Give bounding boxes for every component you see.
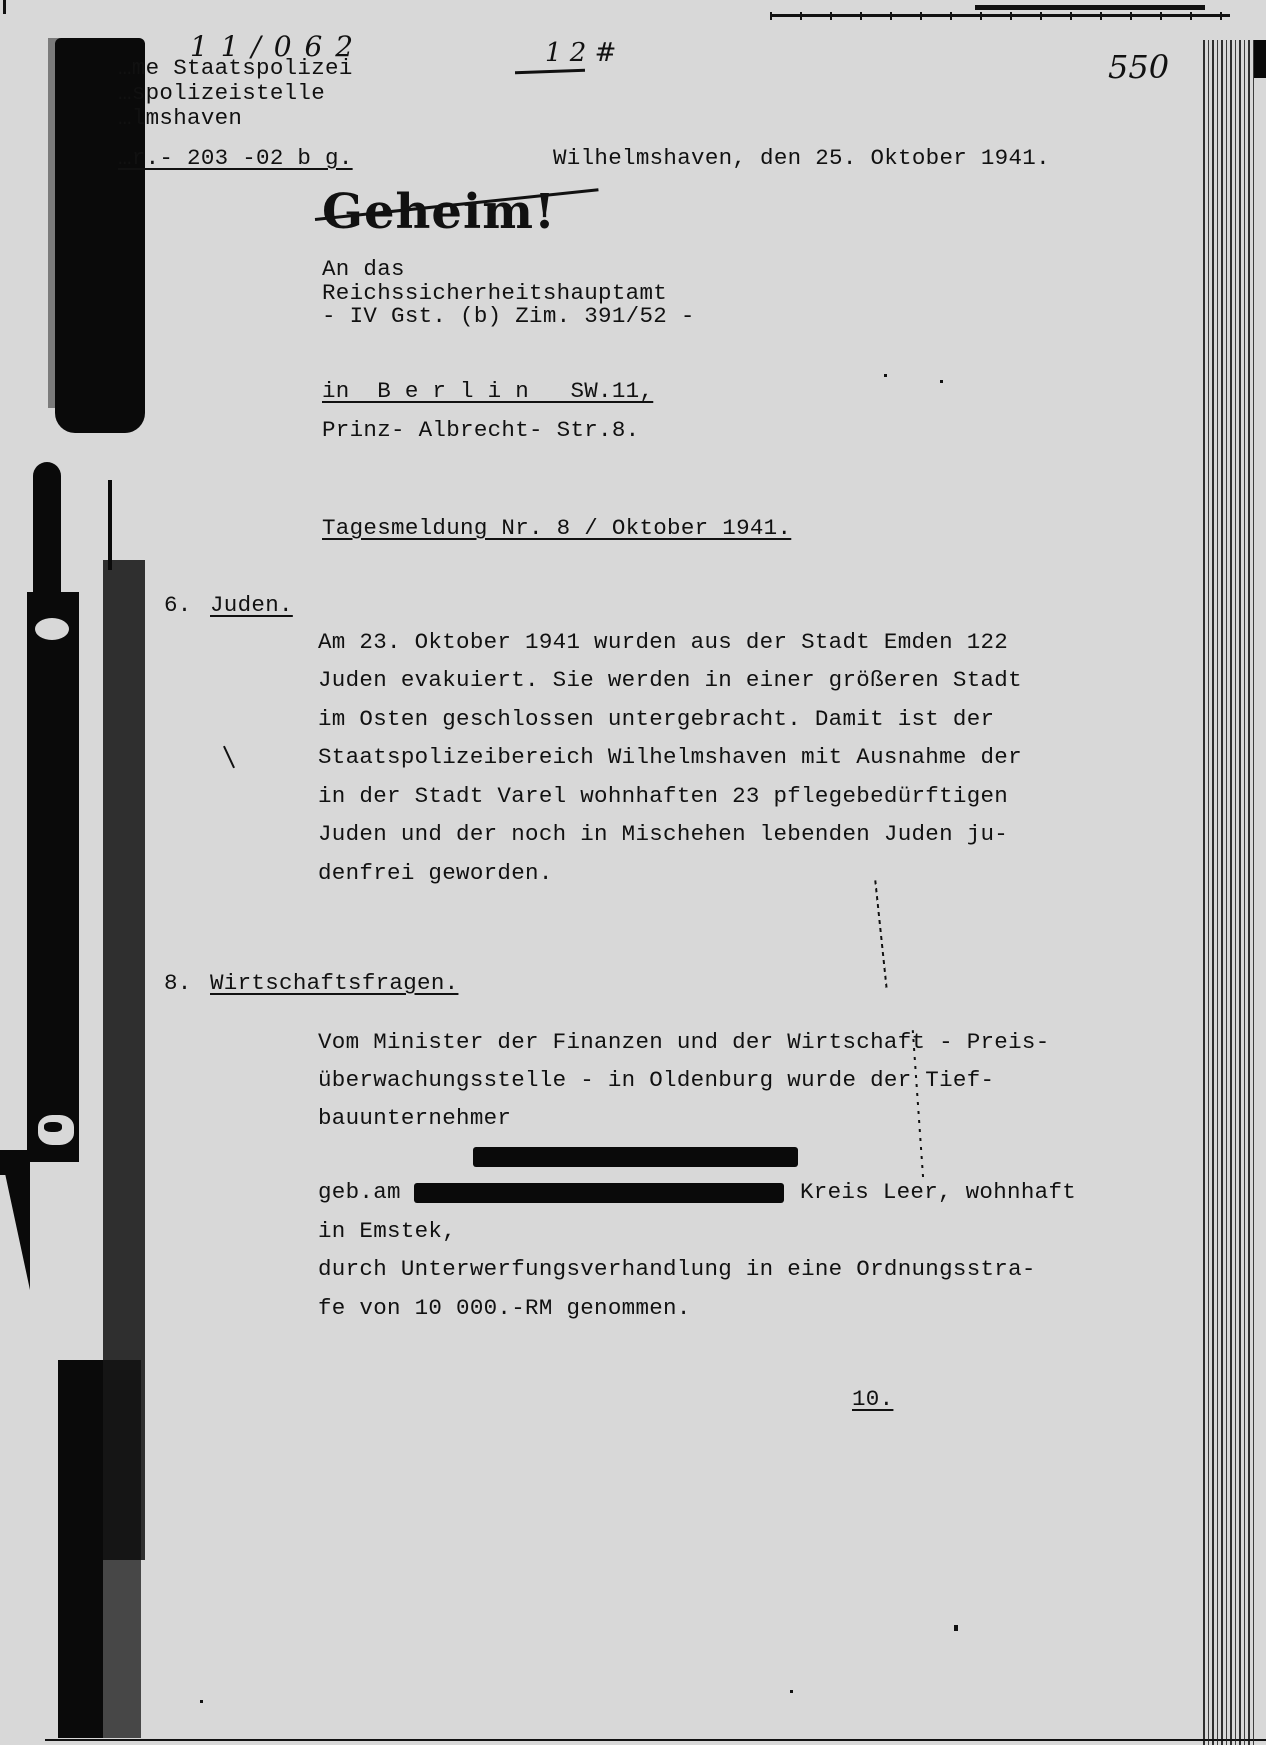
paragraph-line: denfrei geworden. bbox=[318, 861, 553, 885]
paragraph-line: Staatspolizeibereich Wilhelmshaven mit A… bbox=[318, 745, 1022, 769]
paragraph-line: Am 23. Oktober 1941 wurden aus der Stadt… bbox=[318, 630, 1008, 654]
section-8-title: Wirtschaftsfragen. bbox=[210, 971, 458, 995]
next-section-marker: 10. bbox=[852, 1387, 893, 1411]
initials-underline bbox=[515, 69, 585, 74]
section-8-number: 8. bbox=[164, 971, 192, 995]
paragraph-line: Juden evakuiert. Sie werden in einer grö… bbox=[318, 668, 1022, 692]
section-6-title: Juden. bbox=[210, 593, 293, 617]
binding-shadow-top-fuzz bbox=[48, 38, 60, 408]
speck bbox=[940, 380, 943, 383]
recipient-street: Prinz- Albrecht- Str.8. bbox=[322, 418, 639, 442]
section-6-number: 6. bbox=[164, 593, 192, 617]
binding-shadow-line bbox=[108, 480, 112, 570]
subject-line: Tagesmeldung Nr. 8 / Oktober 1941. bbox=[322, 516, 791, 540]
paragraph-line: durch Unterwerfungsverhandlung in eine O… bbox=[318, 1257, 1036, 1281]
binding-shadow-bottom bbox=[58, 1360, 103, 1738]
binding-shadow-bottom-fuzz bbox=[103, 1360, 141, 1738]
initials-handwritten: 1 2 # bbox=[545, 38, 616, 68]
redaction-bar-birth bbox=[414, 1183, 784, 1203]
paragraph-line: fe von 10 000.-RM genommen. bbox=[318, 1296, 691, 1320]
paragraph-line: in der Stadt Varel wohnhaften 23 pflegeb… bbox=[318, 784, 1008, 808]
page-number-handwritten: 550 bbox=[1108, 48, 1169, 86]
recipient-line-1: An das bbox=[322, 257, 405, 281]
place-date: Wilhelmshaven, den 25. Oktober 1941. bbox=[553, 146, 1050, 170]
recipient-line-2: Reichssicherheitshauptamt bbox=[322, 281, 667, 305]
reference-number: …r.- 203 -02 b g. bbox=[118, 146, 353, 170]
paragraph-line: überwachungsstelle - in Oldenburg wurde … bbox=[318, 1068, 994, 1092]
recipient-city: in B e r l i n SW.11, bbox=[322, 379, 653, 403]
paragraph-line: bauunternehmer bbox=[318, 1106, 511, 1130]
right-edge-block bbox=[1254, 40, 1266, 78]
right-edge-streak bbox=[1203, 40, 1255, 1745]
speck bbox=[790, 1690, 793, 1693]
scan-ruler-ticks bbox=[770, 12, 1230, 20]
paragraph-line: Juden und der noch in Mischehen lebenden… bbox=[318, 822, 1008, 846]
binding-clip-tip-fill bbox=[0, 1150, 30, 1175]
binding-clip-body bbox=[27, 592, 79, 1162]
sender-line-3: …lmshaven bbox=[118, 106, 242, 130]
birth-line-prefix: geb.am bbox=[318, 1180, 401, 1204]
speck bbox=[200, 1700, 203, 1703]
paragraph-line: im Osten geschlossen untergebracht. Dami… bbox=[318, 707, 994, 731]
margin-tick-mark bbox=[223, 746, 235, 769]
scan-mark-topleft bbox=[3, 0, 6, 14]
sender-line-1: …me Staatspolizei bbox=[118, 56, 353, 80]
redaction-bar-name bbox=[473, 1147, 798, 1167]
binding-clip bbox=[33, 462, 61, 602]
recipient-line-3: - IV Gst. (b) Zim. 391/52 - bbox=[322, 304, 695, 328]
classification-struck: Geheim! bbox=[322, 184, 556, 240]
speck bbox=[954, 1625, 958, 1631]
birth-line-suffix: Kreis Leer, wohnhaft bbox=[800, 1180, 1076, 1204]
binding-hole-2-inner bbox=[44, 1122, 62, 1132]
speck bbox=[884, 374, 887, 377]
stray-mark-line bbox=[874, 880, 887, 990]
scan-ruler-thick bbox=[975, 5, 1205, 10]
paragraph-line: in Emstek, bbox=[318, 1219, 456, 1243]
bottom-edge-line bbox=[45, 1739, 1266, 1741]
paragraph-line: Vom Minister der Finanzen und der Wirtsc… bbox=[318, 1030, 1050, 1054]
sender-line-2: …spolizeistelle bbox=[118, 81, 325, 105]
binding-hole-1 bbox=[35, 618, 69, 640]
